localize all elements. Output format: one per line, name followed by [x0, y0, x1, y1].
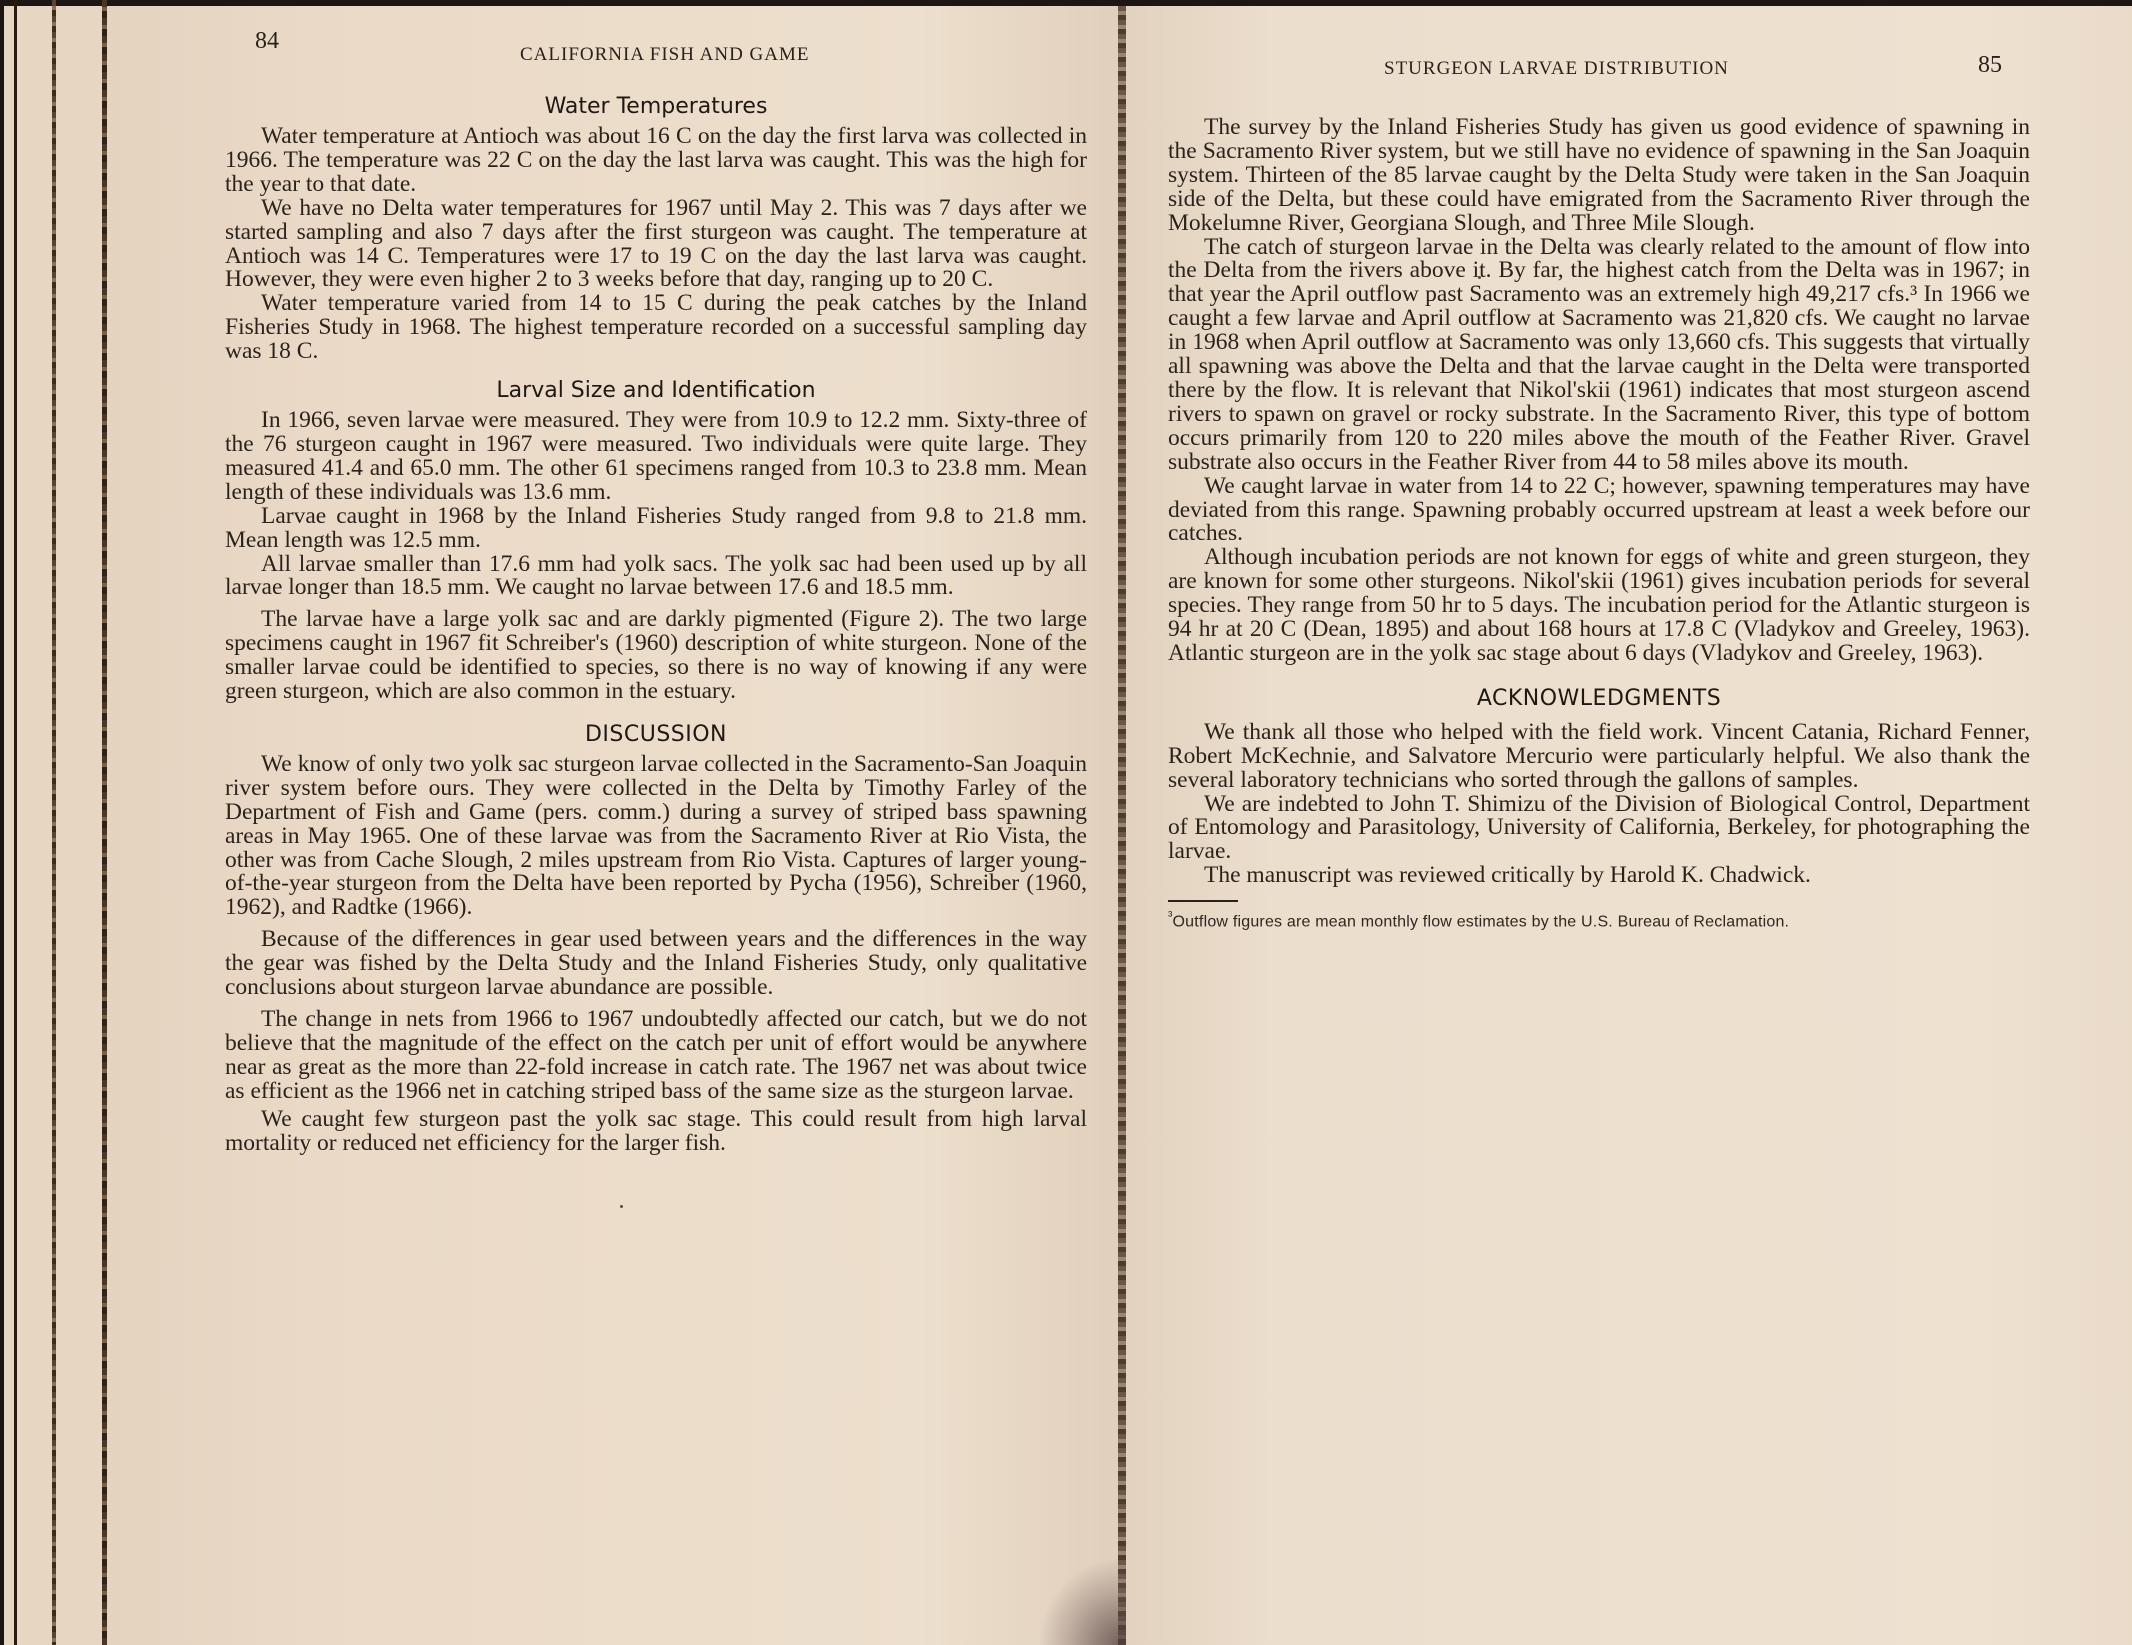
paragraph: Water temperature at Antioch was about 1… [225, 125, 1087, 197]
paragraph: Larvae caught in 1968 by the Inland Fish… [225, 505, 1087, 553]
paragraph: The catch of sturgeon larvae in the Delt… [1168, 236, 2030, 475]
paragraph: We know of only two yolk sac sturgeon la… [225, 753, 1087, 920]
scan-left-edge [0, 0, 4, 1645]
paragraph: We caught few sturgeon past the yolk sac… [225, 1108, 1087, 1156]
section-heading-larval-size: Larval Size and Identification [225, 378, 1087, 403]
paragraph: Although incubation periods are not know… [1168, 546, 2030, 666]
paragraph: We caught larvae in water from 14 to 22 … [1168, 475, 2030, 547]
paper-speck [620, 1205, 623, 1208]
section-heading-acknowledgments: ACKNOWLEDGMENTS [1168, 686, 2030, 711]
paper-speck [1478, 276, 1481, 279]
page-number: 85 [1978, 52, 2002, 79]
right-column: The survey by the Inland Fisheries Study… [1168, 116, 2030, 932]
paper-speck [1350, 262, 1353, 265]
book-gutter [1118, 6, 1126, 1645]
paragraph: In 1966, seven larvae were measured. The… [225, 409, 1087, 505]
paragraph: We have no Delta water temperatures for … [225, 197, 1087, 293]
paragraph: The larvae have a large yolk sac and are… [225, 608, 1087, 704]
left-page: 84 CALIFORNIA FISH AND GAME Water Temper… [107, 6, 1122, 1645]
section-heading-water-temperatures: Water Temperatures [225, 94, 1087, 119]
paragraph: The change in nets from 1966 to 1967 und… [225, 1008, 1087, 1104]
running-head: CALIFORNIA FISH AND GAME [520, 44, 810, 66]
page-number: 84 [255, 28, 279, 55]
section-heading-discussion: DISCUSSION [225, 722, 1087, 747]
left-column: Water Temperatures Water temperature at … [225, 94, 1087, 1155]
paragraph: Because of the differences in gear used … [225, 928, 1087, 1000]
running-head: STURGEON LARVAE DISTRIBUTION [1384, 58, 1729, 80]
footnote-rule [1168, 900, 1238, 902]
paragraph: Water temperature varied from 14 to 15 C… [225, 292, 1087, 364]
footnote: ³Outflow figures are mean monthly flow e… [1168, 908, 2030, 931]
paragraph: We thank all those who helped with the f… [1168, 721, 2030, 793]
right-page: STURGEON LARVAE DISTRIBUTION 85 The surv… [1126, 6, 2132, 1645]
paragraph: All larvae smaller than 17.6 mm had yolk… [225, 553, 1087, 601]
binding-edge [14, 0, 17, 1645]
paragraph: The manuscript was reviewed critically b… [1168, 864, 2030, 888]
paragraph: The survey by the Inland Fisheries Study… [1168, 116, 2030, 236]
paragraph: We are indebted to John T. Shimizu of th… [1168, 793, 2030, 865]
footnote-text: Outflow figures are mean monthly flow es… [1173, 914, 1790, 931]
binding-edge [52, 0, 56, 1645]
